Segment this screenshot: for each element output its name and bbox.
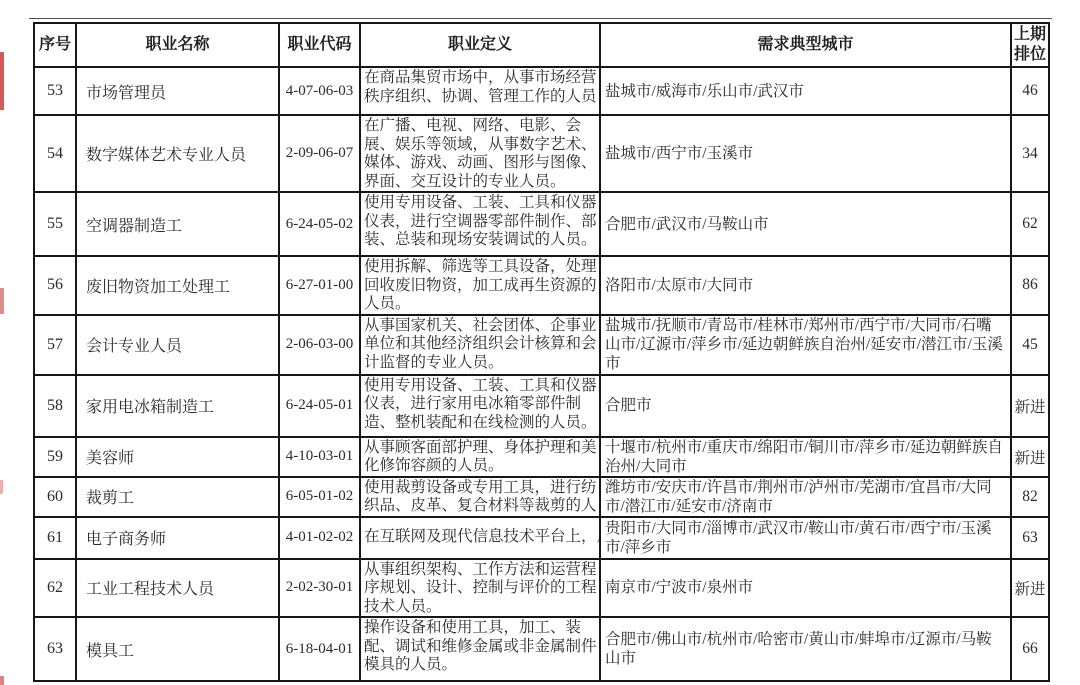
table-row: 58 家用电冰箱制造工 6-24-05-01 使用专用设备、工装、工具和仪器仪表… [34, 375, 1049, 437]
cell-occupation-code: 6-05-01-02 [279, 477, 360, 517]
cell-occupation-code: 4-10-03-01 [279, 437, 360, 477]
table-row: 55 空调器制造工 6-24-05-02 使用专用设备、工装、工具和仪器仪表，进… [34, 192, 1049, 256]
table-body: 53 市场管理员 4-07-06-03 在商品集贸市场中，从事市场经营秩序组织、… [34, 67, 1049, 681]
cell-occupation-name: 工业工程技术人员 [76, 559, 279, 618]
table-header: 序号 职业名称 职业代码 职业定义 需求典型城市 上期排位 [34, 23, 1049, 67]
cell-occupation-definition: 使用专用设备、工装、工具和仪器仪表，进行空调器零部件制作、部装、总装和现场安装调… [360, 192, 600, 256]
cell-demand-cities: 合肥市 [600, 375, 1011, 437]
cell-occupation-code: 2-02-30-01 [279, 559, 360, 618]
occupation-ranking-table: 序号 职业名称 职业代码 职业定义 需求典型城市 上期排位 53 市场管理员 4… [33, 22, 1050, 682]
table-row: 61 电子商务师 4-01-02-02 在互联网及现代信息技术平台上，从 贵阳市… [34, 517, 1049, 559]
cell-previous-rank: 82 [1011, 477, 1049, 517]
cell-previous-rank: 34 [1011, 115, 1049, 192]
cell-serial: 55 [34, 192, 76, 256]
header-row: 序号 职业名称 职业代码 职业定义 需求典型城市 上期排位 [34, 23, 1049, 67]
cell-occupation-definition: 从事顾客面部护理、身体护理和美化修饰容颜的人员。 [360, 437, 600, 477]
cell-serial: 58 [34, 375, 76, 437]
cell-previous-rank: 63 [1011, 517, 1049, 559]
table-row: 63 模具工 6-18-04-01 操作设备和使用工具，加工、装配、调试和维修金… [34, 617, 1049, 681]
cell-occupation-definition: 使用专用设备、工装、工具和仪器仪表，进行家用电冰箱零部件制造、整机装配和在线检测… [360, 375, 600, 437]
cell-serial: 62 [34, 559, 76, 618]
cell-occupation-code: 2-06-03-00 [279, 315, 360, 375]
cell-occupation-name: 家用电冰箱制造工 [76, 375, 279, 437]
cell-previous-rank: 86 [1011, 256, 1049, 315]
cell-occupation-code: 2-09-06-07 [279, 115, 360, 192]
cell-occupation-name: 电子商务师 [76, 517, 279, 559]
cell-demand-cities: 贵阳市/大同市/淄博市/武汉市/鞍山市/黄石市/西宁市/玉溪市/萍乡市 [600, 517, 1011, 559]
cell-demand-cities: 盐城市/抚顺市/青岛市/桂林市/郑州市/西宁市/大同市/石嘴山市/辽源市/萍乡市… [600, 315, 1011, 375]
cell-demand-cities: 洛阳市/太原市/大同市 [600, 256, 1011, 315]
cell-occupation-code: 6-27-01-00 [279, 256, 360, 315]
scan-artifact-red [0, 52, 4, 110]
cell-occupation-name: 空调器制造工 [76, 192, 279, 256]
cell-occupation-name: 模具工 [76, 617, 279, 681]
cell-previous-rank: 46 [1011, 67, 1049, 115]
cell-demand-cities: 潍坊市/安庆市/许昌市/荆州市/泸州市/芜湖市/宜昌市/大同市/潜江市/延安市/… [600, 477, 1011, 517]
cell-occupation-name: 会计专业人员 [76, 315, 279, 375]
cell-occupation-definition: 在广播、电视、网络、电影、会展、娱乐等领域，从事数字艺术、媒体、游戏、动画、图形… [360, 115, 600, 192]
cell-occupation-name: 市场管理员 [76, 67, 279, 115]
cell-serial: 53 [34, 67, 76, 115]
cell-occupation-definition: 从事国家机关、社会团体、企事业单位和其他经济组织会计核算和会计监督的专业人员。 [360, 315, 600, 375]
cell-serial: 61 [34, 517, 76, 559]
cell-previous-rank: 45 [1011, 315, 1049, 375]
cell-occupation-code: 4-07-06-03 [279, 67, 360, 115]
cell-previous-rank: 新进 [1011, 437, 1049, 477]
table-row: 62 工业工程技术人员 2-02-30-01 从事组织架构、工作方法和运营程序规… [34, 559, 1049, 618]
cell-occupation-code: 4-01-02-02 [279, 517, 360, 559]
table-row: 53 市场管理员 4-07-06-03 在商品集贸市场中，从事市场经营秩序组织、… [34, 67, 1049, 115]
cell-occupation-name: 美容师 [76, 437, 279, 477]
table-row: 59 美容师 4-10-03-01 从事顾客面部护理、身体护理和美化修饰容颜的人… [34, 437, 1049, 477]
column-header-previous-rank: 上期排位 [1011, 23, 1049, 67]
scanned-document-page: 序号 职业名称 职业代码 职业定义 需求典型城市 上期排位 53 市场管理员 4… [0, 0, 1080, 685]
cell-occupation-code: 6-24-05-01 [279, 375, 360, 437]
cell-occupation-definition: 使用拆解、筛选等工具设备，处理回收废旧物资，加工成再生资源的人员。 [360, 256, 600, 315]
column-header-occupation-code: 职业代码 [279, 23, 360, 67]
scan-artifact-red [0, 676, 4, 685]
cell-demand-cities: 南京市/宁波市/泉州市 [600, 559, 1011, 618]
cell-occupation-definition: 操作设备和使用工具，加工、装配、调试和维修金属或非金属制件模具的人员。 [360, 617, 600, 681]
column-header-serial: 序号 [34, 23, 76, 67]
cell-serial: 56 [34, 256, 76, 315]
cell-previous-rank: 66 [1011, 617, 1049, 681]
cell-demand-cities: 合肥市/佛山市/杭州市/哈密市/黄山市/蚌埠市/辽源市/马鞍山市 [600, 617, 1011, 681]
page-top-rule [29, 18, 1052, 19]
cell-serial: 57 [34, 315, 76, 375]
cell-demand-cities: 盐城市/威海市/乐山市/武汉市 [600, 67, 1011, 115]
scan-artifact-red [0, 288, 4, 314]
table-row: 56 废旧物资加工处理工 6-27-01-00 使用拆解、筛选等工具设备，处理回… [34, 256, 1049, 315]
cell-serial: 59 [34, 437, 76, 477]
table-row: 60 裁剪工 6-05-01-02 使用裁剪设备或专用工具，进行纺织品、皮革、复… [34, 477, 1049, 517]
cell-occupation-name: 裁剪工 [76, 477, 279, 517]
cell-occupation-name: 数字媒体艺术专业人员 [76, 115, 279, 192]
column-header-occupation-name: 职业名称 [76, 23, 279, 67]
cell-occupation-name: 废旧物资加工处理工 [76, 256, 279, 315]
cell-demand-cities: 十堰市/杭州市/重庆市/绵阳市/铜川市/萍乡市/延边朝鲜族自治州/大同市 [600, 437, 1011, 477]
cell-occupation-definition: 在互联网及现代信息技术平台上，从 [360, 517, 600, 559]
cell-serial: 63 [34, 617, 76, 681]
column-header-demand-cities: 需求典型城市 [600, 23, 1011, 67]
cell-occupation-definition: 在商品集贸市场中，从事市场经营秩序组织、协调、管理工作的人员 [360, 67, 600, 115]
cell-serial: 60 [34, 477, 76, 517]
table-row: 57 会计专业人员 2-06-03-00 从事国家机关、社会团体、企事业单位和其… [34, 315, 1049, 375]
cell-occupation-definition: 使用裁剪设备或专用工具，进行纺织品、皮革、复合材料等裁剪的人 [360, 477, 600, 517]
cell-demand-cities: 盐城市/西宁市/玉溪市 [600, 115, 1011, 192]
cell-occupation-code: 6-24-05-02 [279, 192, 360, 256]
cell-serial: 54 [34, 115, 76, 192]
cell-occupation-definition: 从事组织架构、工作方法和运营程序规划、设计、控制与评价的工程技术人员。 [360, 559, 600, 618]
cell-occupation-code: 6-18-04-01 [279, 617, 360, 681]
cell-demand-cities: 合肥市/武汉市/马鞍山市 [600, 192, 1011, 256]
cell-previous-rank: 新进 [1011, 375, 1049, 437]
scan-artifact-red [0, 480, 3, 494]
table-row: 54 数字媒体艺术专业人员 2-09-06-07 在广播、电视、网络、电影、会展… [34, 115, 1049, 192]
column-header-occupation-definition: 职业定义 [360, 23, 600, 67]
cell-previous-rank: 62 [1011, 192, 1049, 256]
cell-previous-rank: 新进 [1011, 559, 1049, 618]
